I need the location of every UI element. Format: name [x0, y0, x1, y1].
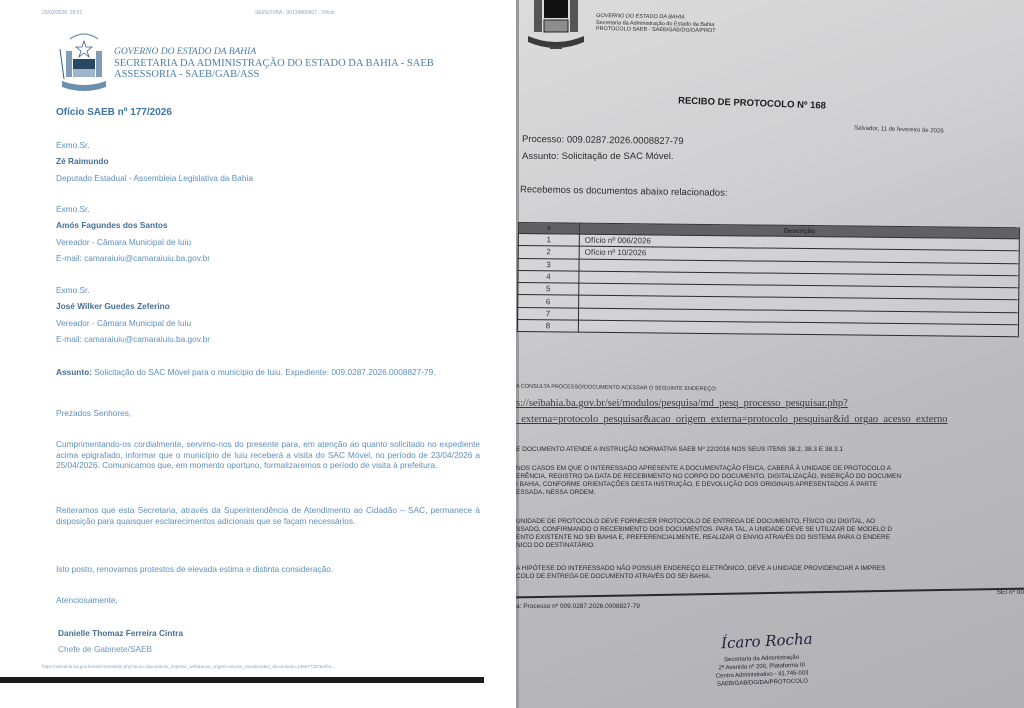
paper-edge: [516, 0, 519, 708]
recipient-name: Amós Fagundes dos Santos: [56, 217, 210, 233]
row-number: 6: [518, 295, 579, 308]
recipient-3: Exmo.Sr. José Wilker Guedes Zeferino Ver…: [56, 282, 210, 347]
footer-url[interactable]: https://seibahia.ba.gov.br/sei/controlad…: [42, 664, 335, 669]
consulta-link-line-2[interactable]: _externa=protocolo_pesquisar&acao_origem…: [516, 414, 948, 425]
instruction-line: COLO DE ENTREGA DE DOCUMENTO ATRAVÉS DO …: [516, 573, 886, 581]
receipt-assunto: Assunto: Solicitação de SAC Móvel.: [522, 151, 674, 162]
instruction-line: ESSADA, NESSA ORDEM.: [516, 489, 901, 497]
instruction-paragraph-2: UNIDADE DE PROTOCOLO DEVE FORNECER PROTO…: [516, 518, 892, 550]
letterhead-government: GOVERNO DO ESTADO DA BAHIA: [114, 47, 434, 58]
recipient-salutation: Exmo.Sr.: [56, 282, 210, 298]
receipt-intro: Recebemos os documentos abaixo relaciona…: [520, 184, 728, 199]
bahia-coat-of-arms-icon: [56, 29, 112, 95]
row-number: 2: [518, 246, 579, 259]
footer-divider: [516, 588, 1024, 599]
row-number: 1: [518, 234, 579, 247]
instruction-line: NOS CASOS EM QUE O INTERESSADO APRESENTE…: [516, 465, 901, 473]
consulta-label: A CONSULTA PROCESSO/DOCUMENTO ACESSAR O …: [516, 384, 717, 393]
greeting: Prezados Senhores,: [56, 408, 480, 419]
instruction-line: SSADO, CONFIRMANDO O RECEBIMENTO DOS DOC…: [516, 526, 892, 534]
recipient-role: Deputado Estadual - Assembleia Legislati…: [56, 170, 253, 186]
row-number: 8: [517, 320, 578, 333]
page-bottom-bar: [0, 677, 484, 683]
receipt-letterhead-department: PROTOCOLO SAEB - SAEB/GAB/DG/DA/PROT: [596, 26, 716, 35]
subject-label: Assunto:: [56, 367, 92, 377]
normativa-note: E DOCUMENTO ATENDE A INSTRUÇÃO NORMATIVA…: [516, 446, 843, 454]
instruction-paragraph-1: NOS CASOS EM QUE O INTERESSADO APRESENTE…: [516, 465, 901, 497]
instruction-line: UNIDADE DE PROTOCOLO DEVE FORNECER PROTO…: [516, 518, 892, 526]
signatory-role: Chefe de Gabinete/SAEB: [58, 644, 152, 654]
recipient-2: Exmo.Sr. Amós Fagundes dos Santos Veread…: [56, 201, 210, 266]
recipient-name: José Wilker Guedes Zeferino: [56, 298, 210, 314]
paragraph-1: Cumprimentando-os cordialmente, servimo-…: [56, 439, 480, 471]
protocol-stamp: Secretaria da Administração2ª Avenida nº…: [711, 653, 812, 688]
subject: Assunto: Solicitação do SAC Móvel para o…: [56, 367, 480, 378]
bahia-coat-of-arms-icon: [524, 0, 588, 52]
recipient-email[interactable]: E-mail: camaraiuiu@camaraiuiu.ba.gov.br: [56, 250, 210, 266]
instruction-paragraph-3: A HIPÓTESE DO INTERESSADO NÃO POSSUIR EN…: [516, 565, 886, 581]
instruction-line: ERÊNCIA, REGISTRO DA DATA DE RECEBIMENTO…: [516, 473, 901, 481]
paragraph-3: Isto posto, renovamos protestos de eleva…: [56, 564, 480, 575]
instruction-line: NICO DO DESTINATÁRIO.: [516, 542, 892, 550]
instruction-line: ENTO EXISTENTE NO SEI BAHIA E, PREFERENC…: [516, 534, 892, 542]
recipient-role: Vereador - Câmara Municipal de Iuiu: [56, 234, 210, 250]
receipt-processo: Processo: 009.0287.2026.0008827-79: [522, 134, 684, 147]
signatory-name: Danielle Thomaz Ferreira Cintra: [58, 628, 183, 638]
print-datetime: 20/03/2026, 09:51: [42, 10, 82, 16]
footer-sei-number: SEI nº 00: [997, 589, 1024, 596]
row-number: 5: [518, 283, 579, 296]
recipient-role: Vereador - Câmara Municipal de Iuiu: [56, 315, 210, 331]
handwritten-signature: Ícaro Rocha: [721, 630, 813, 653]
closing: Atenciosamente,: [56, 595, 480, 606]
recipient-email[interactable]: E-mail: camaraiuiu@camaraiuiu.ba.gov.br: [56, 331, 210, 347]
footer-process-reference: a: Processo nº 009.0287.2026.0008827-79: [516, 603, 640, 610]
receipt-title: RECIBO DE PROTOCOLO Nº 168: [678, 95, 826, 111]
row-number: 4: [518, 270, 579, 283]
letterhead-department: ASSESSORIA - SAEB/GAB/ASS: [114, 69, 434, 80]
sei-reference: SEI/GOVBA - 00134966807 - Ofício: [255, 10, 335, 16]
consulta-link-line-1[interactable]: s://seibahia.ba.gov.br/sei/modulos/pesqu…: [516, 398, 848, 409]
paragraph-2: Reiteramos que esta Secretaria, através …: [56, 505, 480, 526]
oficio-document: 20/03/2026, 09:51 SEI/GOVBA - 0013496680…: [0, 0, 515, 708]
documents-table: # Descrição 1Ofício nº 006/20262Ofício n…: [517, 222, 1020, 338]
row-number: 3: [518, 258, 579, 271]
recipient-name: Zé Raimundo: [56, 153, 253, 169]
instruction-line: A HIPÓTESE DO INTERESSADO NÃO POSSUIR EN…: [516, 565, 886, 573]
recipient-1: Exmo.Sr. Zé Raimundo Deputado Estadual -…: [56, 137, 253, 186]
receipt-date: Salvador, 11 de fevereiro de 2026: [854, 125, 944, 134]
column-header-number: #: [518, 223, 579, 235]
letterhead: GOVERNO DO ESTADO DA BAHIA SECRETARIA DA…: [114, 47, 434, 80]
oficio-title: Ofício SAEB nº 177/2026: [56, 107, 172, 118]
recipient-salutation: Exmo.Sr.: [56, 137, 253, 153]
subject-text: Solicitação do SAC Móvel para o municípi…: [92, 367, 436, 377]
row-number: 7: [517, 307, 578, 320]
letterhead-secretariat: SECRETARIA DA ADMINISTRAÇÃO DO ESTADO DA…: [114, 58, 434, 69]
protocol-receipt-photo: GOVERNO DO ESTADO DA BAHIA Secretaria da…: [516, 0, 1024, 708]
receipt-letterhead: GOVERNO DO ESTADO DA BAHIA Secretaria da…: [596, 13, 716, 35]
recipient-salutation: Exmo.Sr.: [56, 201, 210, 217]
instruction-line: I BAHIA, CONFORME ORIENTAÇÕES DESTA INST…: [516, 481, 901, 489]
